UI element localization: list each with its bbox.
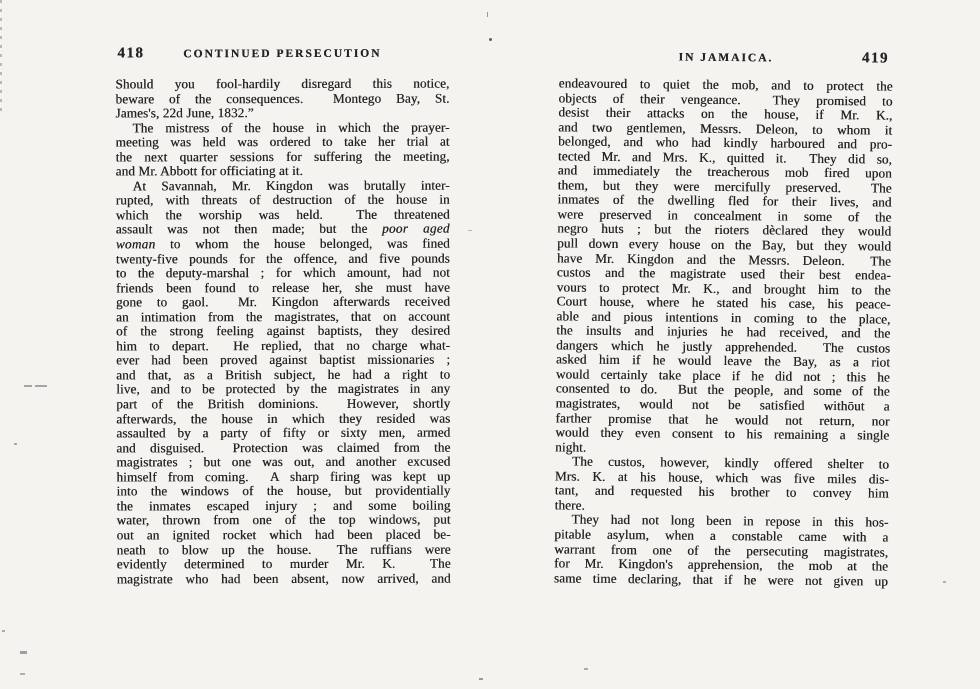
scan-artifact: [487, 12, 488, 17]
scan-artifact: [943, 581, 946, 583]
page-number-left: 418: [117, 45, 144, 62]
scan-artifact: [479, 678, 483, 680]
scan-artifact: [14, 443, 17, 445]
scan-artifact: [584, 668, 588, 670]
scan-artifact: [468, 230, 472, 231]
running-title-right: IN JAMAICA.: [559, 47, 893, 65]
text-line: same time declaring, that if he were not…: [554, 571, 888, 589]
scan-artifact-spine-dashes: [0, 0, 2, 112]
scan-artifact: [2, 630, 5, 632]
book-scan: 418 CONTINUED PERSECUTION Should you foo…: [0, 0, 980, 689]
page-number-right: 419: [862, 50, 889, 67]
text-line: magistrate who had been absent, now arri…: [117, 571, 451, 586]
scan-artifact: [20, 673, 25, 675]
running-head-right: 419 IN JAMAICA.: [559, 47, 893, 67]
running-title-left: CONTINUED PERSECUTION: [115, 45, 449, 61]
running-head-left: 418 CONTINUED PERSECUTION: [115, 45, 449, 63]
page-418: 418 CONTINUED PERSECUTION Should you foo…: [115, 45, 450, 587]
text-line: beware of the consequences. Montego Bay,…: [115, 91, 449, 106]
scan-artifact: [24, 385, 32, 387]
body-text-left: Should you fool-hardily disregard this n…: [115, 77, 450, 587]
scan-artifact: [20, 651, 27, 654]
body-text-right: endeavoured to quiet the mob, and to pro…: [554, 76, 893, 588]
scan-artifact: [489, 38, 492, 41]
scan-artifact: [35, 385, 47, 387]
page-419: 419 IN JAMAICA. endeavoured to quiet the…: [554, 47, 893, 588]
